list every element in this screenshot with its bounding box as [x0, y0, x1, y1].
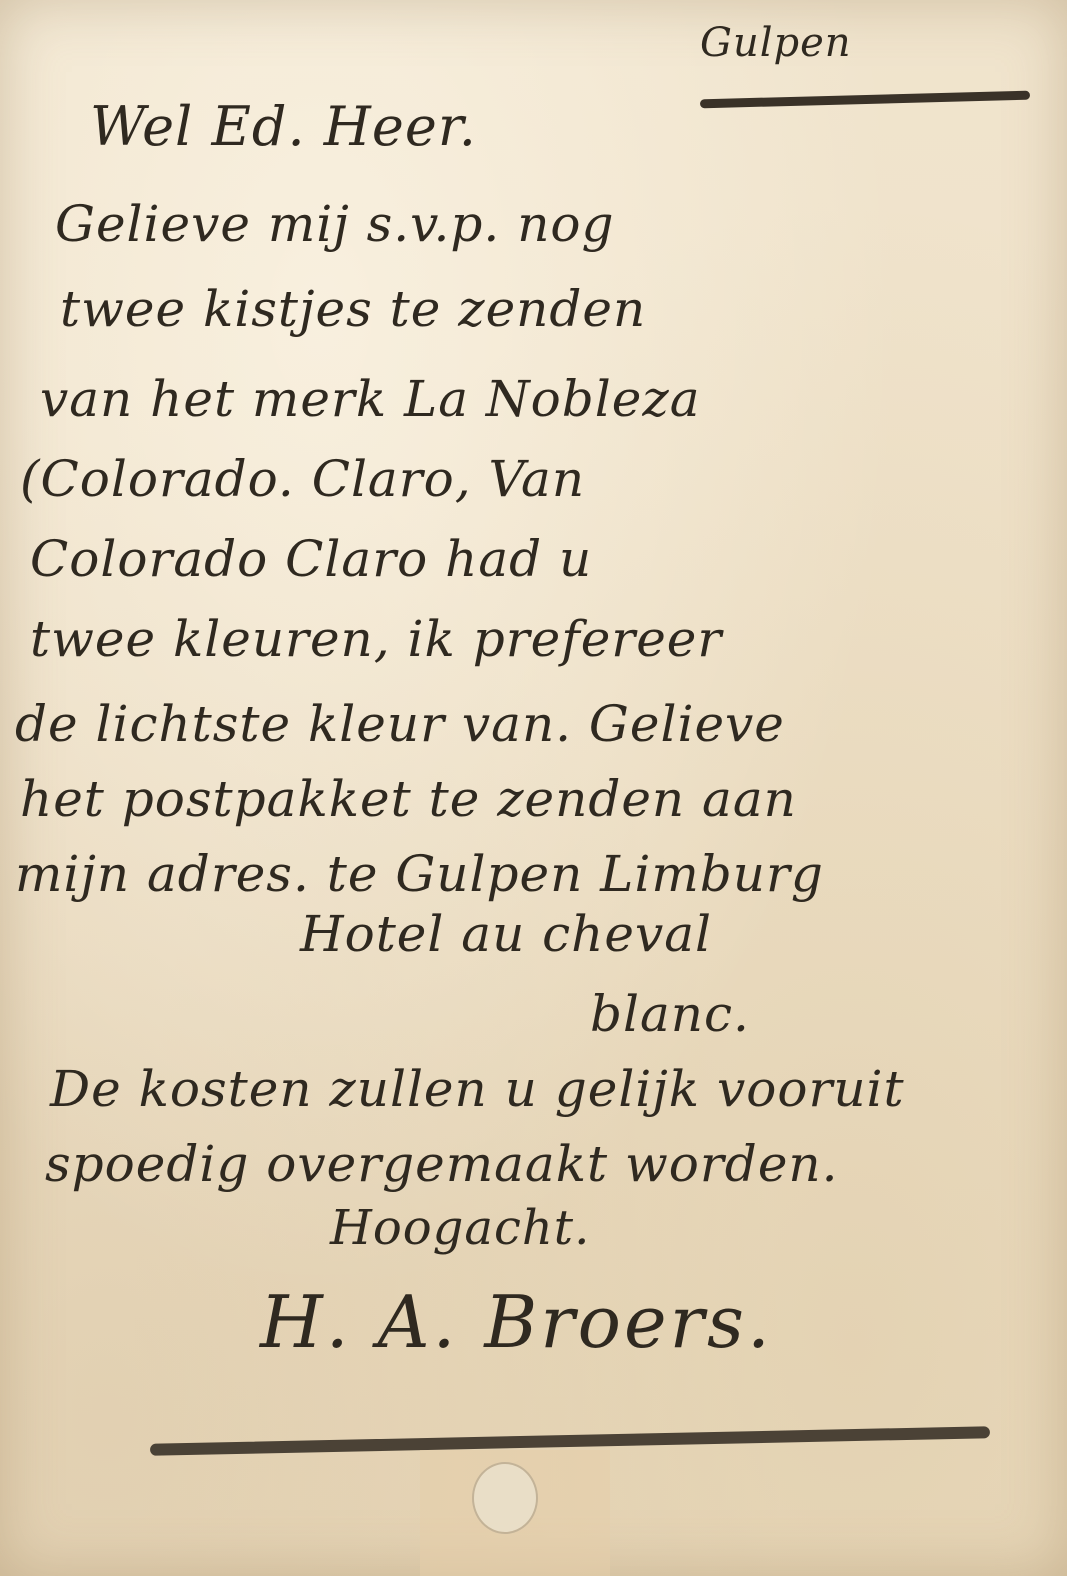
- body-line: twee kistjes te zenden: [60, 280, 646, 338]
- place-heading: Gulpen: [700, 20, 852, 66]
- body-line: het postpakket te zenden aan: [20, 770, 797, 828]
- body-line: De kosten zullen u gelijk vooruit: [50, 1060, 905, 1118]
- body-line: twee kleuren, ik prefereer: [30, 610, 722, 668]
- salutation: Wel Ed. Heer.: [90, 95, 477, 158]
- body-line: mijn adres. te Gulpen Limburg: [15, 845, 824, 903]
- body-line: de lichtste kleur van. Gelieve: [15, 695, 785, 753]
- closing: Hoogacht.: [330, 1200, 590, 1256]
- body-line: van het merk La Nobleza: [40, 370, 701, 428]
- signature: H. A. Broers.: [260, 1280, 773, 1364]
- body-line: Colorado Claro had u: [30, 530, 592, 588]
- address-hotel-cont: blanc.: [590, 985, 750, 1043]
- circular-mark: [472, 1462, 538, 1534]
- body-line: (Colorado. Claro, Van: [20, 450, 585, 508]
- place-underline: [700, 91, 1030, 109]
- postcard: Gulpen Wel Ed. Heer. Gelieve mij s.v.p. …: [0, 0, 1067, 1576]
- address-hotel: Hotel au cheval: [300, 905, 712, 963]
- body-line: Gelieve mij s.v.p. nog: [55, 195, 615, 253]
- body-line: spoedig overgemaakt worden.: [45, 1135, 839, 1193]
